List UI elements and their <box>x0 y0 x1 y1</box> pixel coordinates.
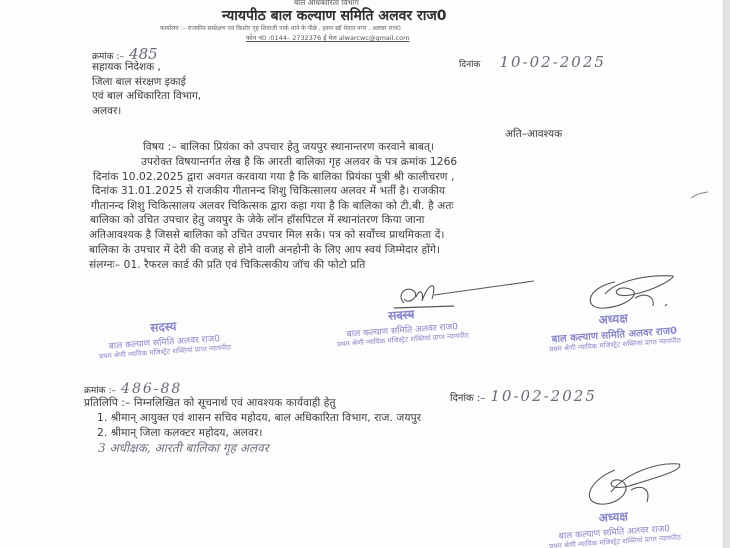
date-label: दिनांक <box>459 60 480 70</box>
copy-date: दिनांक :– 10-02-2025 <box>450 386 597 405</box>
body-line: बालिका के उपचार में देरी की वजह से होने … <box>89 243 440 257</box>
member-stamp-center: सदस्य बाल कल्याण समिति अलवर राज0 प्रथम श… <box>335 301 469 349</box>
letterhead-address: कार्यालय :– राजकीय सम्प्रेक्षण एवं किशोर… <box>160 24 401 32</box>
date-value: 10-02-2025 <box>499 53 605 71</box>
recipient-block: सहायक निदेशक , जिला बाल संरक्षण इकाई एवं… <box>92 60 201 118</box>
copy-item: 1. श्रीमान् आयुक्त एवं शासन सचिव महोदय, … <box>97 411 421 425</box>
copy-date-value: 10-02-2025 <box>490 387 596 405</box>
reference-date: दिनांक 10-02-2025 <box>459 52 606 71</box>
member-stamp-left: सदस्य बाल कल्याण समिति अलवर राज0 प्रथम श… <box>97 313 231 361</box>
copy-heading: प्रतिलिपि :– निम्नलिखित को सूचनार्थ एवं … <box>84 396 336 410</box>
copy-reference: क्रमांक :– 486-88 <box>84 378 182 397</box>
letterhead-contact: फोन नं0 :0144– 2732376 ई मेल alwarcwc@gm… <box>246 33 409 42</box>
priority-label: अति–आवश्यक <box>505 127 562 141</box>
page-edge <box>723 0 730 548</box>
recipient-line: जिला बाल संरक्षण इकाई <box>92 75 201 90</box>
copy-handwritten-item: 3 अधीक्षक, आरती बालिका गृह अलवर <box>98 439 269 456</box>
body-line: दिनांक 31.01.2025 से राजकीय गीतानन्द शिश… <box>92 184 445 198</box>
letterhead-title: न्यायपीठ बाल कल्याण समिति अलवर राज0 <box>222 6 446 25</box>
copy-item: 2. श्रीमान् जिला कलक्टर महोदय, अलवर। <box>97 426 263 440</box>
chairperson-stamp: अध्यक्ष बाल कल्याण समिति अलवर राज0 प्रथम… <box>547 305 681 354</box>
body-line: गीतानन्द शिशु चिकित्सालय अलवर चिकित्सक द… <box>91 199 454 213</box>
body-line: अतिआवश्यक है जिससे बालिका को उचित उपचार … <box>89 228 445 242</box>
body-line: बालिका को उचित उपचार हेतु जयपुर के जेके … <box>90 213 424 227</box>
recipient-line: अलवर। <box>92 104 201 119</box>
recipient-line: एवं बाल अधिकारिता विभाग, <box>92 89 201 104</box>
pen-mark <box>690 190 710 200</box>
subject-line: विषय :– बालिका प्रियंका को उपचार हेतु जय… <box>143 140 434 154</box>
attachment-line: संलग्नः– 01. रैफरल कार्ड की प्रति एवं चि… <box>89 258 365 272</box>
body-line: उपरोक्त विषयान्तर्गत लेख है कि आरती बालि… <box>141 155 457 169</box>
copy-reference-number: 486-88 <box>121 381 182 397</box>
body-line: दिनांक 10.02.2025 द्वारा अवगत करवाया गया… <box>93 170 454 184</box>
letter-page: बाल अधिकारिता विभाग न्यायपीठ बाल कल्याण … <box>0 0 724 548</box>
recipient-line: सहायक निदेशक , <box>92 60 201 75</box>
